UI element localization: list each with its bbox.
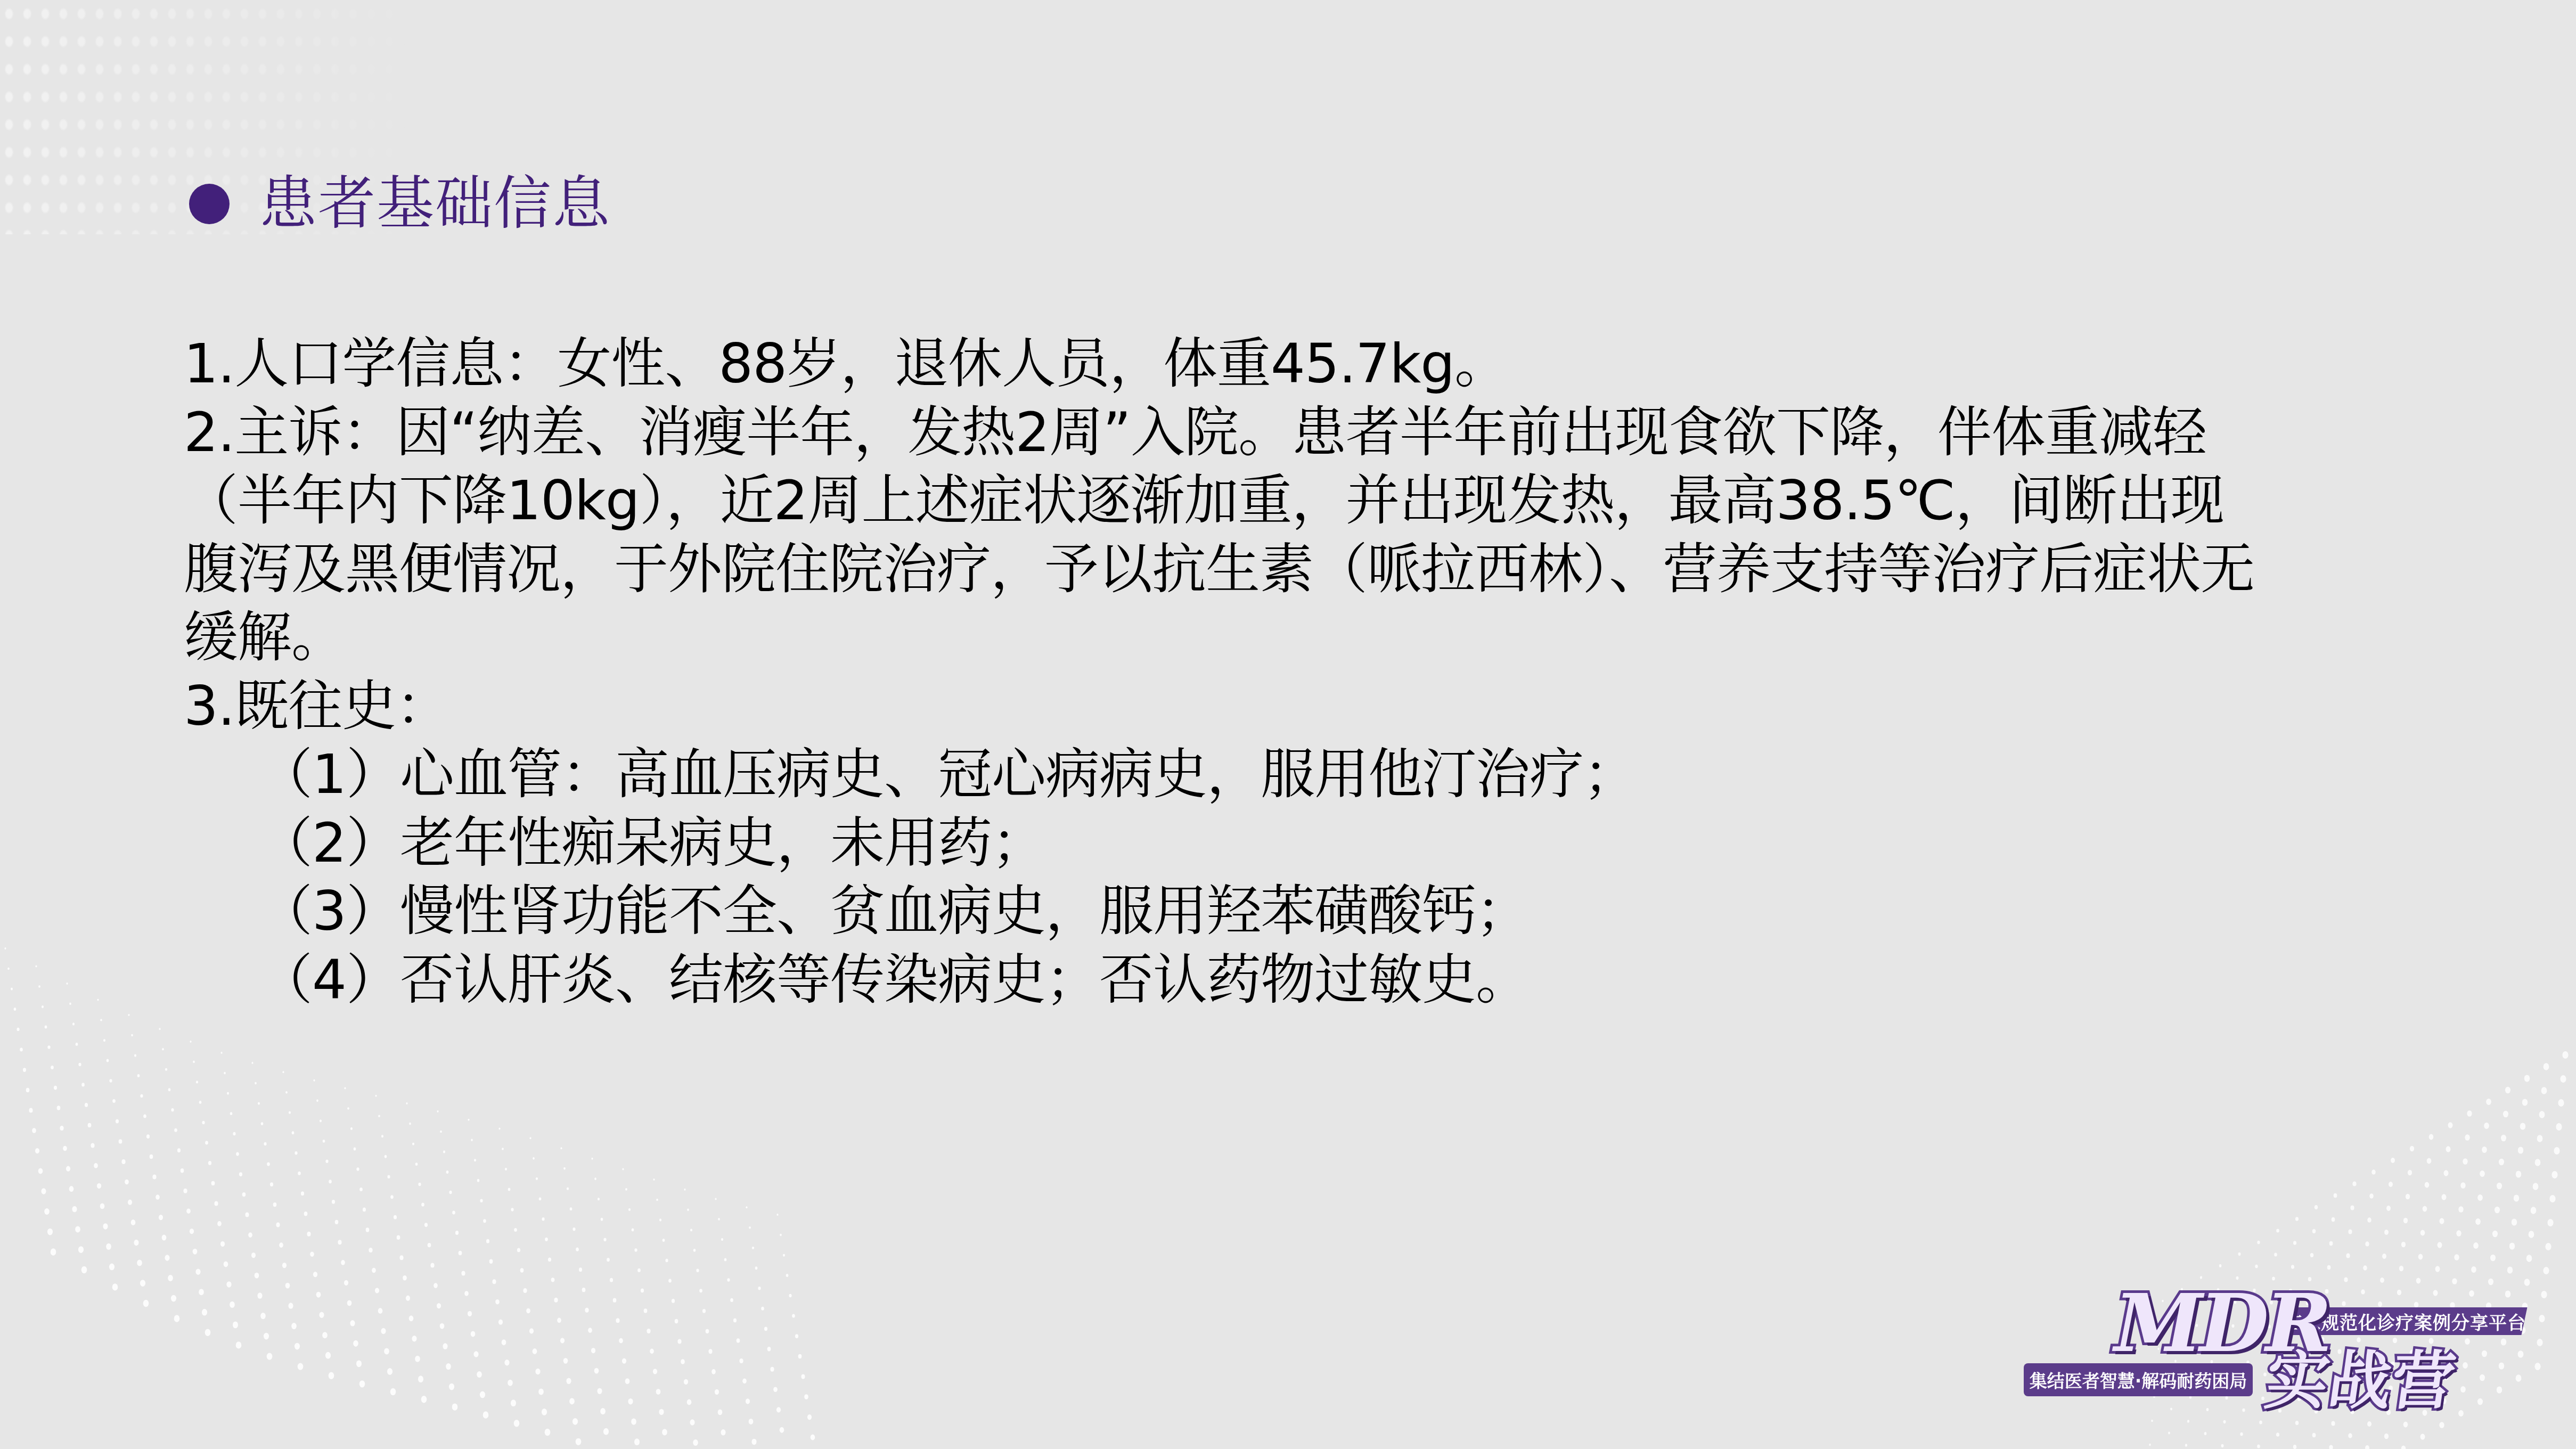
logo-slogan-badge: 集结医者智慧·解码耐药困局 [2024,1363,2253,1396]
chief-complaint-line-1: 2.主诉：因“纳差、消瘦半年，发热2周”入院。患者半年前出现食欲下降，伴体重减轻 [184,399,2420,468]
patient-info-body: 1.人口学信息：女性、88岁，退休人员，体重45.7kg。 2.主诉：因“纳差、… [184,330,2420,1014]
history-item-dementia: （2）老年性痴呆病史，未用药； [184,809,2420,878]
logo-slogan-text: 集结医者智慧·解码耐药困局 [2030,1368,2247,1393]
section-header: 患者基础信息 [189,169,611,239]
history-item-renal: （3）慢性肾功能不全、贫血病史，服用羟苯磺酸钙； [184,878,2420,946]
chief-complaint-line-4: 缓解。 [184,604,2420,673]
bullet-circle-icon [189,184,230,224]
chief-complaint-line-3: 腹泻及黑便情况，于外院住院治疗，予以抗生素（哌拉西林）、营养支持等治疗后症状无 [184,536,2420,604]
history-item-infection-allergy: （4）否认肝炎、结核等传染病史；否认药物过敏史。 [184,946,2420,1015]
history-item-cardiovascular: （1）心血管：高血压病史、冠心病病史，服用他汀治疗； [184,741,2420,809]
section-title: 患者基础信息 [259,169,611,239]
mdr-camp-logo: 临床规范化诊疗案例分享平台 MDR 集结医者智慧·解码耐药困局 实战营 [2024,1283,2546,1427]
chief-complaint-line-2: （半年内下降10kg），近2周上述症状逐渐加重，并出现发热，最高38.5℃，间断… [184,467,2420,536]
past-history-heading: 3.既往史： [184,673,2420,741]
demographics-line: 1.人口学信息：女性、88岁，退休人员，体重45.7kg。 [184,330,2420,399]
logo-camp-text: 实战营 [2261,1346,2459,1415]
